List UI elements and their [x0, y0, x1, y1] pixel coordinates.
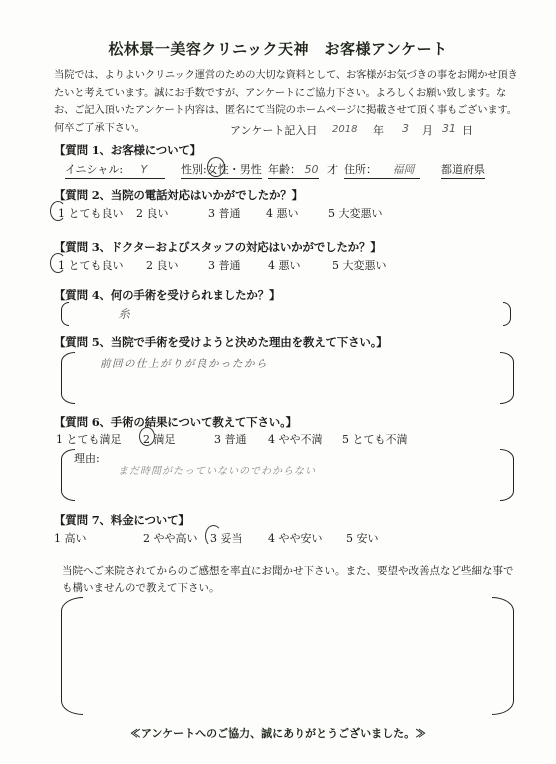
comments-prompt: 当院へご来院されてからのご感想を率直にお聞かせ下さい。また、要望や改善点など些細… — [62, 563, 522, 597]
q6-reason-answer[interactable]: まだ時間がたっていないのでわからない — [118, 462, 316, 477]
q2-option-2[interactable]: 2 良い — [136, 205, 169, 221]
gender-separator: ・ — [229, 163, 240, 176]
initial-field[interactable]: イニシャル: Y — [65, 161, 165, 179]
date-day-value: 31 — [442, 122, 456, 135]
comments-bracket-right — [492, 597, 514, 715]
address-label: 住所： — [344, 163, 377, 176]
q3-option-3[interactable]: 3 普通 — [208, 257, 241, 273]
initial-value: Y — [141, 163, 148, 176]
selection-circle-q2 — [50, 201, 66, 221]
q6-reason-label: 理由: — [74, 450, 100, 466]
q5-heading: 【質問 5、当院で手術を受けようと決めた理由を教えて下さい。】 — [54, 334, 388, 350]
q6-option-3[interactable]: 3 普通 — [214, 431, 247, 447]
q2-heading: 【質問 2、当院の電話対応はいかがでしたか？】 — [54, 187, 303, 203]
age-value: 50 — [305, 163, 319, 176]
gender-label: 性別: — [181, 163, 207, 176]
q4-bracket-left — [61, 302, 69, 326]
q6-option-5[interactable]: 5 とても不満 — [342, 431, 408, 447]
q1-heading: 【質問 1、お客様について】 — [54, 142, 201, 158]
q7-option-5[interactable]: 5 安い — [346, 530, 379, 546]
q2-option-1[interactable]: 1 とても良い — [58, 205, 124, 221]
q7-option-4[interactable]: 4 やや安い — [268, 530, 323, 546]
q6-option-1[interactable]: 1 とても満足 — [56, 431, 122, 447]
q3-option-1[interactable]: 1 とても良い — [58, 257, 124, 273]
comments-bracket-left — [61, 597, 83, 715]
selection-circle-q7 — [205, 525, 222, 547]
selection-circle-q6 — [139, 427, 155, 446]
q4-answer[interactable]: 糸 — [118, 305, 130, 322]
q5-answer[interactable]: 前回の仕上がりが良かったから — [100, 356, 268, 371]
date-year-unit: 年 — [373, 122, 384, 138]
q4-heading: 【質問 4、何の手術を受けられましたか？】 — [54, 287, 280, 303]
q3-option-2[interactable]: 2 良い — [146, 257, 179, 273]
q5-bracket-right — [500, 352, 514, 404]
date-year-value: 2018 — [332, 124, 357, 135]
age-field[interactable]: 年齢： 50 — [268, 161, 319, 179]
selection-circle-female — [207, 157, 225, 177]
gender-option-male[interactable]: 男性 — [240, 163, 262, 176]
survey-page: 松林景一美容クリニック天神 お客様アンケート 当院では、よりよいクリニック運営の… — [0, 0, 556, 764]
q3-heading: 【質問 3、ドクターおよびスタッフの対応はいかがでしたか？】 — [54, 239, 382, 255]
date-day-unit: 日 — [462, 122, 473, 138]
date-month-value: 3 — [402, 122, 409, 135]
comments-answer-area[interactable] — [90, 605, 490, 705]
q7-heading: 【質問 7、料金について】 — [54, 512, 190, 528]
q6-bracket-right — [500, 449, 514, 501]
q5-bracket-left — [61, 352, 75, 404]
date-label: アンケート記入日 — [230, 122, 317, 138]
q3-option-5[interactable]: 5 大変悪い — [332, 257, 387, 273]
q7-option-1[interactable]: 1 高い — [54, 530, 87, 546]
footer-thanks: ≪アンケートへのご協力、誠にありがとうございました。≫ — [0, 725, 556, 741]
q7-option-2[interactable]: 2 やや高い — [143, 530, 198, 546]
date-month-unit: 月 — [422, 122, 433, 138]
age-unit: 才 — [327, 161, 338, 177]
address-field[interactable]: 住所： 福岡 — [344, 161, 420, 179]
q6-bracket-left — [61, 449, 75, 501]
address-value: 福岡 — [393, 163, 415, 176]
q3-option-4[interactable]: 4 悪い — [268, 257, 301, 273]
q6-heading: 【質問 6、手術の結果について教えて下さい。】 — [54, 414, 297, 430]
selection-circle-q3 — [50, 253, 66, 273]
q2-option-3[interactable]: 3 普通 — [208, 205, 241, 221]
q2-option-4[interactable]: 4 悪い — [266, 205, 299, 221]
q2-option-5[interactable]: 5 大変悪い — [328, 205, 383, 221]
age-label: 年齢： — [268, 163, 301, 176]
q6-option-4[interactable]: 4 やや不満 — [268, 431, 323, 447]
q4-bracket-right — [503, 302, 511, 326]
address-unit: 都道府県 — [441, 161, 485, 179]
initial-label: イニシャル: — [65, 163, 123, 176]
document-title: 松林景一美容クリニック天神 お客様アンケート — [0, 38, 556, 59]
